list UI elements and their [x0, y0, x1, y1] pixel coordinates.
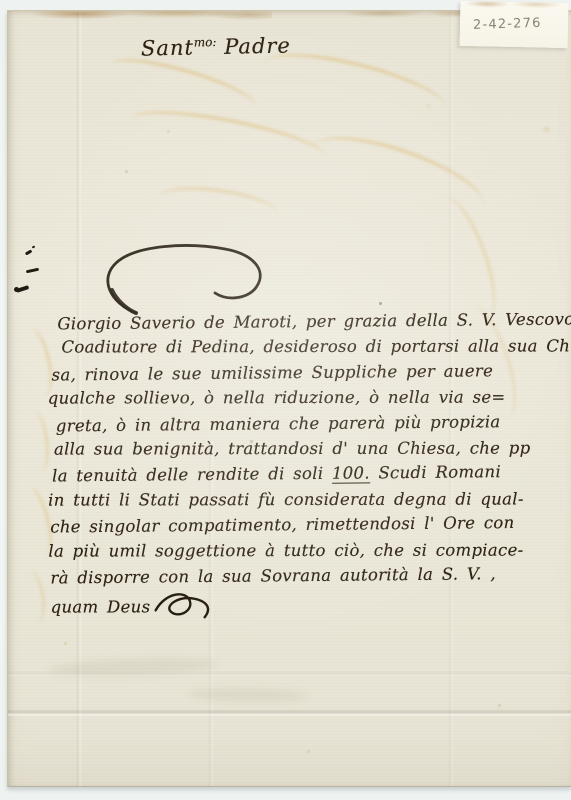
- scanned-letter: Santmo: Padre Giorgio Saverio de Maroti,…: [0, 0, 571, 800]
- manuscript-line: quam Deus: [51, 588, 567, 615]
- letter-body: Giorgio Saverio de Maroti, per grazia de…: [47, 308, 566, 615]
- manuscript-line: rà disporre con la sua Sovrana autorità …: [50, 560, 566, 590]
- edge-stain: [32, 11, 272, 20]
- manuscript-line: in tutti li Stati passati fù considerata…: [48, 486, 566, 513]
- bleedthrough-stroke: [106, 49, 259, 122]
- horizontal-fold-crease: [8, 709, 571, 717]
- bleedthrough-stroke: [20, 570, 48, 624]
- salutation-prefix: Sant: [141, 35, 194, 60]
- manuscript-line: Giorgio Saverio de Maroti, per grazia de…: [57, 307, 565, 337]
- manuscript-line: sa, rinova le sue umilissime Suppliche p…: [52, 357, 566, 387]
- manuscript-line: Coadiutore di Pedina, desideroso di port…: [61, 334, 565, 361]
- letter-page: Santmo: Padre Giorgio Saverio de Maroti,…: [7, 10, 571, 787]
- manuscript-line: che singolar compatimento, rimettendosi …: [50, 510, 566, 540]
- margin-ink-mark: [25, 249, 32, 255]
- archival-number: 2-42-276: [473, 16, 542, 33]
- manuscript-line: la più umil soggettione à tutto ciò, che…: [48, 537, 566, 564]
- et-cetera-flourish-icon: [152, 589, 216, 621]
- manuscript-line: qualche sollievo, ò nella riduzione, ò n…: [48, 385, 566, 412]
- letter-salutation: Santmo: Padre: [141, 33, 291, 60]
- bleedthrough-stroke: [304, 121, 492, 232]
- manuscript-line: greta, ò in altra maniera che parerà più…: [56, 408, 566, 438]
- margin-ink-mark: [14, 287, 19, 292]
- salutation-superscript: mo:: [194, 35, 217, 49]
- paper-wrinkle: [48, 656, 218, 678]
- manuscript-line: alla sua benignità, trattandosi d' una C…: [54, 435, 566, 462]
- line-text: Scudi Romani: [370, 462, 501, 482]
- manuscript-line: la tenuità delle rendite di soli 100. Sc…: [52, 459, 566, 489]
- bleedthrough-stroke: [126, 100, 330, 176]
- horizontal-fold-crease: [8, 671, 571, 677]
- bleedthrough-stroke: [156, 181, 279, 230]
- underlined-amount: 100.: [332, 464, 370, 484]
- foxing-specks: [8, 11, 9, 12]
- margin-ink-mark: [26, 268, 39, 274]
- salutation-rest: Padre: [224, 33, 291, 58]
- archival-label: 2-42-276: [460, 1, 569, 48]
- line-text: la tenuità delle rendite di soli: [52, 464, 332, 486]
- bleedthrough-stroke: [423, 189, 508, 326]
- paper-wrinkle: [188, 688, 308, 702]
- line-text: quam Deus: [51, 598, 151, 617]
- margin-ink-mark: [32, 246, 36, 249]
